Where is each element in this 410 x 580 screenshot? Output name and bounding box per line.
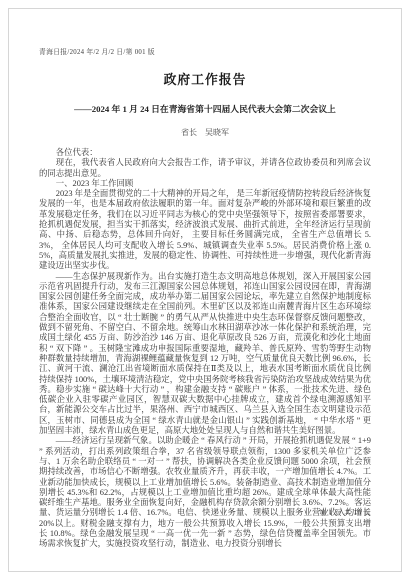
- report-subtitle: ——2024 年 1 月 24 日在青海省第十四届人民代表大会第二次会议上: [9, 102, 401, 115]
- document-page: 青海日报/2024 年/2 月/2 日/第 001 版 政府工作报告 ——202…: [8, 8, 402, 572]
- document-viewport: { "doc": { "masthead": "青海日报/2024 年/2 月/…: [0, 0, 410, 580]
- report-author: 省长 吴晓军: [9, 127, 401, 138]
- masthead: 青海日报/2024 年/2 月/2 日/第 001 版: [39, 46, 371, 56]
- report-body: 各位代表： 现在，我代表省人民政府向大会报告工作，请予审议，并请各位政协委员和列…: [39, 148, 371, 550]
- paragraph-economy: ——经济运行呈现新气象。以助企暖企 “ 春风行动 ” 开局，开展抢抓机遇促发展 …: [39, 436, 371, 549]
- page-number: 第 1 页 共 10 页: [319, 507, 371, 517]
- salutation: 各位代表：: [39, 148, 371, 158]
- paragraph-overview: 2023 年是全面贯彻党的二十大精神的开局之年， 是三年新冠疫情防控转段后经济恢…: [39, 189, 371, 271]
- section-heading: 一、2023 年工作回顾: [39, 179, 371, 189]
- paragraph-ecology: ——生态保护展现新作为。出台实施打造生态文明高地总体规划，深入开展国家公园示范省…: [39, 272, 371, 437]
- report-title: 政府工作报告: [9, 69, 401, 88]
- paragraph-intro: 现在，我代表省人民政府向大会报告工作，请予审议，并请各位政协委员和列席会议的同志…: [39, 158, 371, 179]
